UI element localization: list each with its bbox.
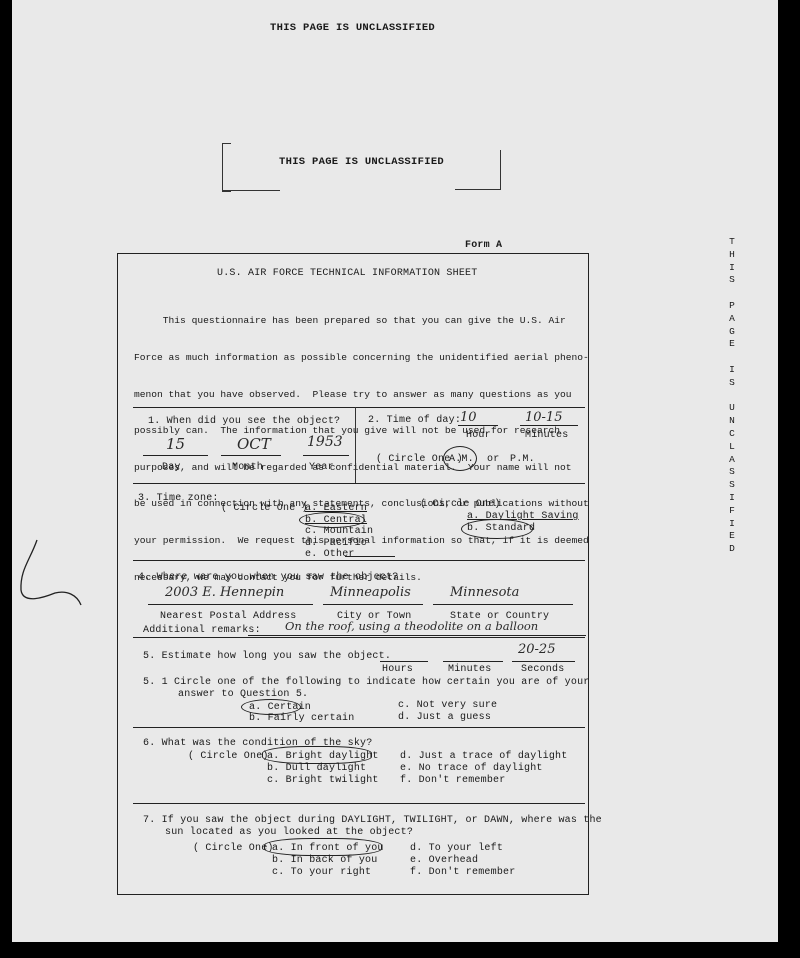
- q2-minutes-line: [520, 425, 578, 426]
- q7-circle-one: ( Circle One): [193, 843, 274, 854]
- margin-pen-mark: [15, 535, 85, 610]
- q1-day-line: [143, 455, 208, 456]
- sky-bright-daylight-selected-circle: [262, 746, 372, 764]
- sky-bright-twilight[interactable]: c. Bright twilight: [267, 775, 379, 786]
- q5-minutes-line: [443, 661, 503, 662]
- q4-remarks-label: Additional remarks:: [143, 625, 261, 636]
- divider-q6: [133, 727, 585, 728]
- q1-year-value[interactable]: 1953: [307, 434, 343, 450]
- q1-year-label: Year: [309, 462, 334, 473]
- stamp-bracket-bottom-right: [455, 189, 500, 190]
- q3-circle-one-type: ( Circle One): [420, 499, 501, 510]
- form-label: Form A: [465, 240, 502, 251]
- divider-q3: [133, 483, 585, 484]
- stamp-bracket-left: [222, 143, 231, 192]
- q1-month-value[interactable]: OCT: [237, 435, 271, 453]
- stamp-bracket-bottom-left: [222, 190, 280, 191]
- zone-central-selected-circle: [299, 512, 365, 528]
- divider-q1-q2: [355, 407, 356, 483]
- q5-1-question-line2: answer to Question 5.: [178, 689, 308, 700]
- zone-pacific[interactable]: d. Pacific: [305, 538, 373, 550]
- sun-to-right[interactable]: c. To your right: [272, 867, 371, 878]
- sky-no-trace[interactable]: e. No trace of daylight: [400, 763, 543, 774]
- q5-seconds-line: [512, 661, 575, 662]
- q2-pm-option[interactable]: P.M.: [510, 454, 535, 465]
- q1-day-label: Day: [162, 462, 181, 473]
- q6-circle-one: ( Circle One): [188, 751, 269, 762]
- divider-q5: [133, 637, 585, 638]
- q1-year-line: [303, 455, 349, 456]
- q1-month-line: [221, 455, 281, 456]
- sun-in-back[interactable]: b. In back of you: [272, 855, 377, 866]
- q3-circle-one-zone: ( Circle One ): [221, 503, 308, 514]
- sun-dont-remember[interactable]: f. Don't remember: [410, 867, 515, 878]
- type-standard-selected-circle: [461, 519, 533, 539]
- q5-hours-line: [380, 661, 428, 662]
- stamp-bracket-right: [492, 150, 501, 190]
- q2-minutes-value[interactable]: 10-15: [525, 410, 562, 425]
- q4-remarks-value[interactable]: On the roof, using a theodolite on a bal…: [285, 619, 538, 633]
- q4-city-value[interactable]: Minneapolis: [330, 585, 411, 600]
- stamp-classification-banner: THIS PAGE IS UNCLASSIFIED: [279, 156, 444, 168]
- q5-seconds-value[interactable]: 20-25: [518, 642, 555, 657]
- form-title: U.S. AIR FORCE TECHNICAL INFORMATION SHE…: [217, 268, 477, 279]
- certainty-just-a-guess[interactable]: d. Just a guess: [398, 712, 491, 723]
- top-classification-banner: THIS PAGE IS UNCLASSIFIED: [270, 22, 435, 34]
- q7-question-line2: sun located as you looked at the object?: [165, 827, 413, 838]
- q4-address-value[interactable]: 2003 E. Hennepin: [165, 585, 284, 600]
- q1-question: 1. When did you see the object?: [148, 416, 340, 427]
- sky-dull-daylight[interactable]: b. Dull daylight: [267, 763, 366, 774]
- certainty-fairly-certain[interactable]: b. Fairly certain: [249, 713, 354, 724]
- q4-remarks-line: [248, 635, 586, 636]
- sun-in-front-selected-circle: [264, 838, 382, 856]
- q2-or: or: [487, 454, 499, 465]
- zone-mountain[interactable]: c. Mountain: [305, 526, 373, 538]
- q5-seconds-label: Seconds: [521, 664, 564, 675]
- zone-other-line: [345, 556, 395, 557]
- q1-month-label: Month: [232, 462, 263, 473]
- q2-hour-value[interactable]: 10: [460, 410, 477, 425]
- q2-hour-label: Hour: [466, 430, 491, 441]
- q3-question: 3. Time zone:: [138, 493, 219, 504]
- q7-question-line1: 7. If you saw the object during DAYLIGHT…: [143, 815, 602, 826]
- sky-just-a-trace[interactable]: d. Just a trace of daylight: [400, 751, 567, 762]
- q4-address-line: [148, 604, 313, 605]
- side-classification-banner: THIS PAGE IS UNCLASSIFIED: [726, 236, 738, 556]
- q5-1-question-line1: 5. 1 Circle one of the following to indi…: [143, 677, 589, 688]
- certainty-not-very-sure[interactable]: c. Not very sure: [398, 700, 497, 711]
- sun-to-left[interactable]: d. To your left: [410, 843, 503, 854]
- q5-minutes-label: Minutes: [448, 664, 491, 675]
- divider-q7: [133, 803, 585, 804]
- sun-overhead[interactable]: e. Overhead: [410, 855, 478, 866]
- q1-day-value[interactable]: 15: [166, 435, 185, 453]
- q5-question: 5. Estimate how long you saw the object.: [143, 651, 391, 662]
- q2-minutes-label: Minutes: [525, 430, 568, 441]
- q2-hour-line: [458, 425, 498, 426]
- q4-state-line: [433, 604, 573, 605]
- q5-hours-label: Hours: [382, 664, 413, 675]
- sky-dont-remember[interactable]: f. Don't remember: [400, 775, 505, 786]
- q2-am-selected-circle: [443, 446, 477, 471]
- q4-city-line: [323, 604, 423, 605]
- divider-q1: [133, 407, 585, 408]
- q4-state-value[interactable]: Minnesota: [450, 585, 519, 600]
- q4-question: 4. Where were you when you saw the objec…: [138, 572, 398, 583]
- q4-address-label: Nearest Postal Address: [160, 611, 296, 622]
- q2-question: 2. Time of day:: [368, 415, 461, 426]
